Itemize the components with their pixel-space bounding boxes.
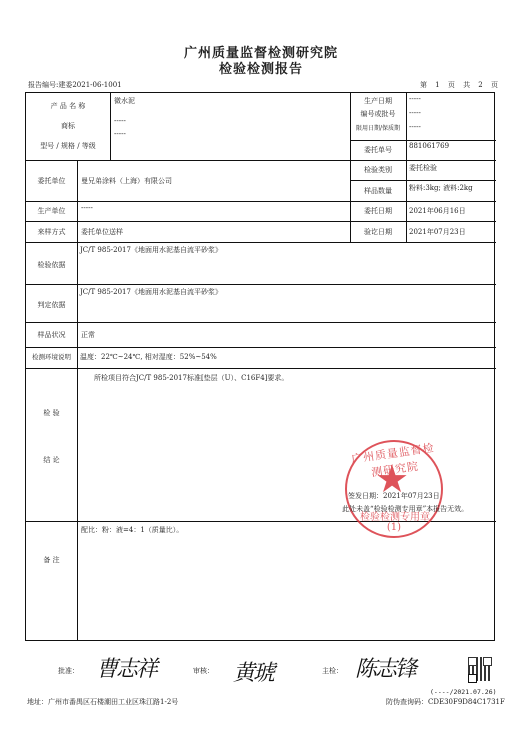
condition-value: 正常 — [81, 330, 95, 340]
issue-date: 签发日期：2021年07月23日 — [348, 491, 440, 501]
row-divider — [26, 322, 496, 323]
expiry-value: ----- — [409, 123, 421, 131]
remark-value: 配比：粉：液=4：1（质量比）。 — [81, 525, 183, 535]
sampling-label: 来样方式 — [26, 227, 77, 237]
row-divider — [26, 347, 496, 348]
product-name-value: 微水泥 — [114, 96, 135, 106]
report-number: 报告编号:建委2021-06-1001 — [28, 80, 122, 90]
row-divider — [350, 180, 496, 181]
review-label: 审核： — [193, 666, 214, 676]
judge-label: 判定依据 — [26, 300, 77, 310]
report-table: 产 品 名 称 商标 型号 / 规格 / 等级 微水泥 ----- ----- … — [25, 92, 495, 641]
prod-date-value: ----- — [409, 95, 421, 103]
commission-date-label: 委托日期 — [350, 206, 406, 216]
product-name-label: 产 品 名 称 — [26, 101, 110, 111]
trademark-value: ----- — [114, 117, 126, 125]
test-type-label: 检验类别 — [350, 165, 406, 175]
test-type-value: 委托检验 — [409, 163, 437, 173]
row-divider — [26, 160, 496, 161]
expiry-label: 限用日期/保质期 — [350, 123, 406, 132]
batch-value: ----- — [409, 109, 421, 117]
qr-finder — [468, 674, 477, 683]
official-seal: 广州质量监督检测研究院 ★ 检验检测专用章 (1) — [345, 440, 443, 538]
basis-value: JC/T 985-2017《地面用水泥基自流平砂浆》 — [80, 245, 222, 255]
batch-label: 编号或批号 — [350, 109, 406, 119]
page-info: 第 1 页 共 2 页 — [420, 80, 498, 90]
inspector-label: 主检： — [322, 666, 343, 676]
sampling-value: 委托单位送样 — [81, 227, 123, 237]
env-value: 温度：22℃~24℃, 相对湿度：52%~54% — [80, 352, 217, 362]
address: 地址：广州市番禺区石楼潮田工业区珠江路1-2号 — [27, 697, 178, 707]
finish-date-label: 验讫日期 — [350, 227, 406, 237]
order-no-label: 委托单号 — [350, 145, 406, 155]
remark-label: 备 注 — [26, 555, 77, 565]
inspector-signature: 陈志锋 — [355, 652, 415, 683]
manufacturer-label: 生产单位 — [26, 206, 77, 216]
col-divider — [110, 93, 111, 160]
prod-date-label: 生产日期 — [350, 96, 406, 106]
judge-value: JC/T 985-2017《地面用水泥基自流平砂浆》 — [80, 287, 222, 297]
commission-date-value: 2021年06月16日 — [409, 206, 466, 216]
sample-qty-label: 样品数量 — [350, 186, 406, 196]
basis-label: 检验依据 — [26, 260, 77, 270]
sample-qty-value: 粉料:3kg; 液料:2kg — [409, 183, 473, 193]
conclusion-label-1: 检 验 — [26, 408, 77, 418]
model-value: ----- — [114, 130, 126, 138]
qr-date: (----/2021.07.26) — [430, 688, 497, 696]
env-label: 检测环境说明 — [26, 352, 77, 361]
manufacturer-value: ----- — [81, 204, 93, 212]
order-no-value: 881061769 — [409, 142, 449, 150]
row-divider — [26, 201, 496, 202]
model-label: 型号 / 规格 / 等级 — [26, 141, 110, 151]
condition-label: 样品状况 — [26, 330, 77, 340]
trademark-label: 商标 — [26, 121, 110, 131]
conclusion-label-2: 结 论 — [26, 455, 77, 465]
finish-date-value: 2021年07月23日 — [409, 227, 466, 237]
approve-signature: 曹志祥 — [96, 652, 156, 683]
col-divider — [77, 160, 78, 641]
row-divider — [350, 140, 496, 141]
col-divider — [406, 93, 407, 242]
row-divider — [26, 221, 496, 222]
row-divider — [26, 284, 496, 285]
client-label: 委托单位 — [26, 176, 77, 186]
approve-label: 批准： — [58, 666, 79, 676]
row-divider — [26, 242, 496, 243]
stamp-note: 此处未盖“检验检测专用章”本报告无效。 — [342, 504, 468, 514]
seal-number: (1) — [347, 522, 441, 533]
anti-fake-code: 防伪查询码：CDE30F9D84C1731F — [386, 697, 505, 707]
review-signature: 黄琥 — [233, 656, 273, 687]
client-value: 曼兄弟涂料（上海）有限公司 — [81, 176, 172, 186]
report-title: 检验检测报告 — [0, 58, 522, 77]
row-divider — [26, 368, 496, 369]
conclusion-value: 所检项目符合JC/T 985-2017标准[垫层（U）、C16F4]要求。 — [94, 373, 288, 383]
